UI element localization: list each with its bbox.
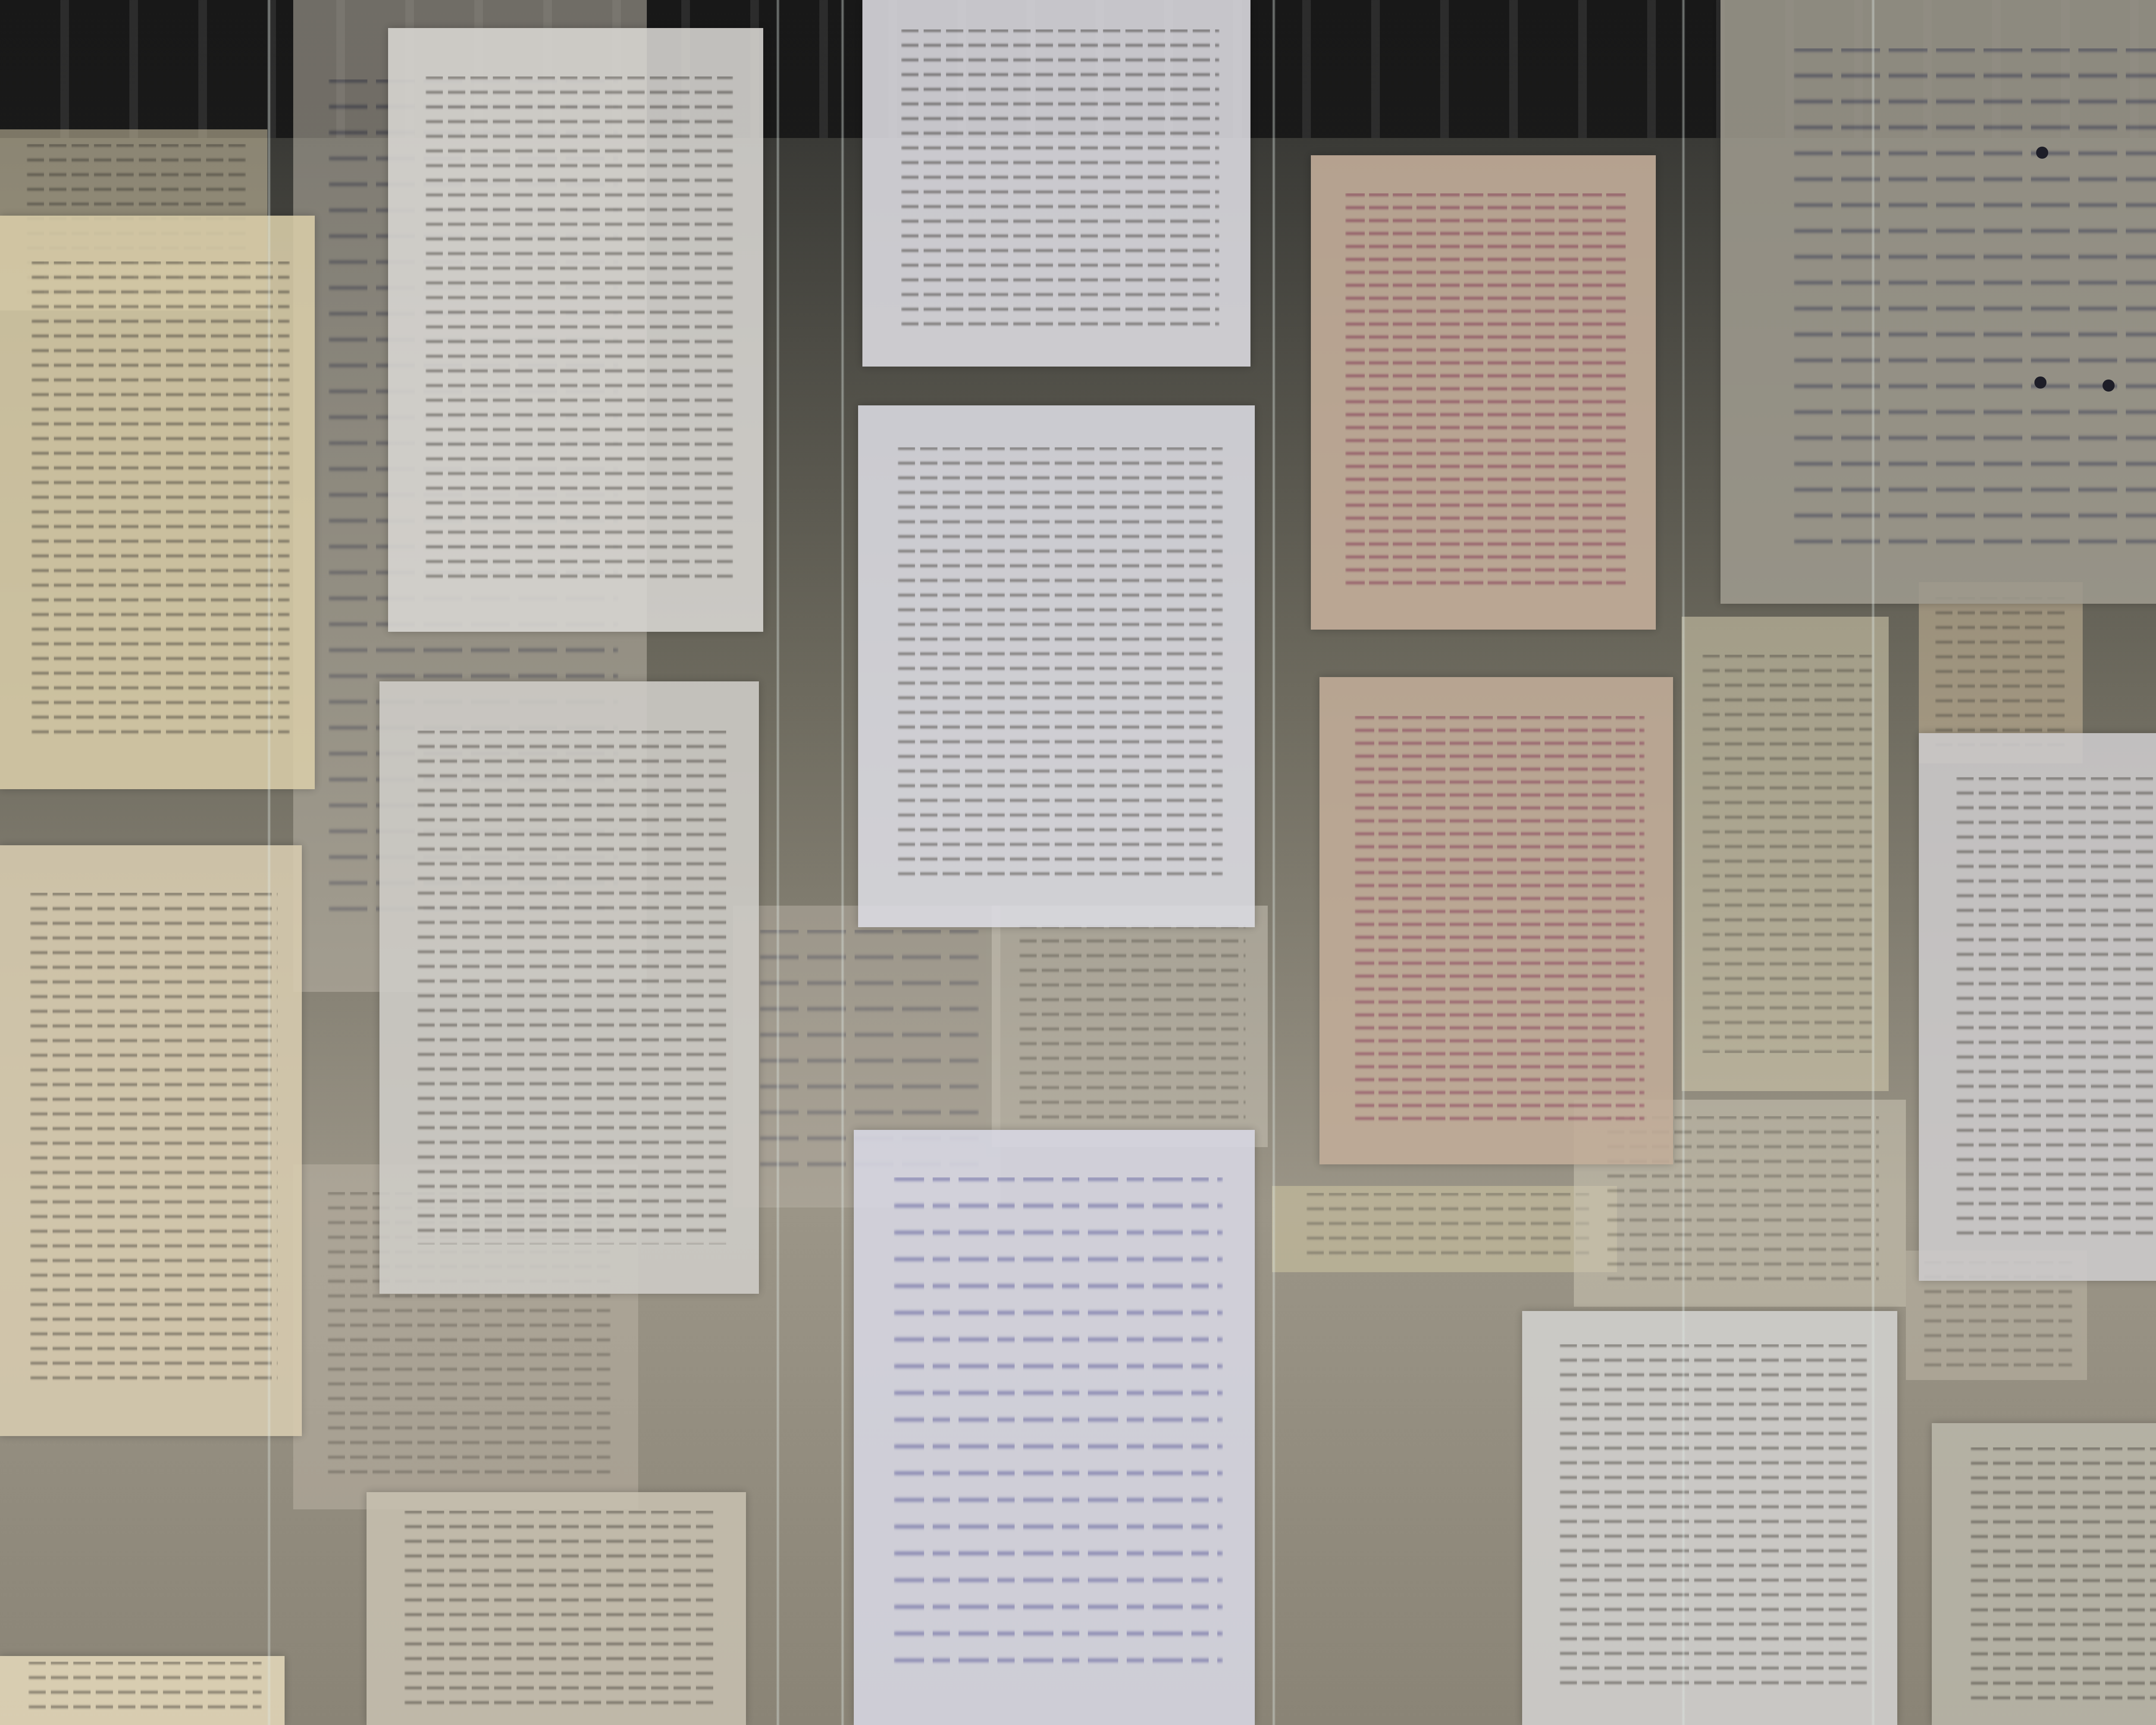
- document-panel-right-top-hand: [1720, 0, 2156, 604]
- typewritten-text: [1956, 777, 2156, 1237]
- typewritten-text: [1560, 1344, 1867, 1692]
- typewritten-text: [1702, 655, 1872, 1053]
- document-panel-col3-bottom-hand: [854, 1130, 1255, 1725]
- glass-edge: [1871, 0, 1875, 1725]
- typewritten-text: [901, 29, 1219, 337]
- document-panel-col2-top-typed: [388, 28, 763, 632]
- glass-edge: [267, 0, 271, 1725]
- glass-edge: [1682, 0, 1685, 1725]
- typewritten-text: [1971, 1447, 2156, 1701]
- document-panel-right-mid-typed: [1919, 733, 2156, 1281]
- typewritten-text: [1019, 925, 1246, 1128]
- handwritten-text: [1794, 48, 2156, 555]
- document-panel-col3-mid-typed: [858, 405, 1255, 927]
- punch-hole: [2036, 147, 2048, 159]
- typewritten-text: [1345, 193, 1628, 592]
- document-panel-col3-top-typed: [862, 0, 1250, 367]
- document-panel-left-bottom-typed: [0, 845, 302, 1436]
- punch-hole: [2103, 379, 2115, 392]
- typewritten-text: [404, 1511, 716, 1706]
- document-panel-right-bottom-typed: [1932, 1423, 2156, 1725]
- handwritten-text: [894, 1177, 1223, 1677]
- glass-edge: [1272, 0, 1275, 1725]
- typewritten-text: [417, 731, 729, 1245]
- typewritten-text: [1935, 597, 2070, 749]
- document-panel-col4-mid-red-typed: [1319, 677, 1673, 1164]
- document-panel-left-small-bottom: [0, 1656, 285, 1725]
- typewritten-text: [426, 76, 733, 583]
- typewritten-text: [30, 893, 278, 1389]
- typewritten-text: [28, 1662, 262, 1719]
- typewritten-text: [1307, 1193, 1589, 1265]
- document-panel-col2-bottom-typed: [367, 1492, 746, 1725]
- typewritten-text: [31, 261, 290, 743]
- document-panel-col2-mid-typed: [379, 681, 759, 1294]
- museum-exhibit-scene: [0, 0, 2156, 1725]
- typewritten-text: [898, 447, 1223, 885]
- background-document: [992, 906, 1268, 1147]
- punch-hole: [2034, 376, 2046, 389]
- glass-edge: [776, 0, 780, 1725]
- background-document: [1272, 1186, 1617, 1272]
- background-document: [1682, 617, 1889, 1091]
- document-panel-col4-top-red-typed: [1311, 155, 1656, 630]
- document-panel-col4-bottom-typed: [1522, 1311, 1897, 1725]
- typewritten-text: [1355, 716, 1645, 1125]
- glass-edge: [841, 0, 844, 1725]
